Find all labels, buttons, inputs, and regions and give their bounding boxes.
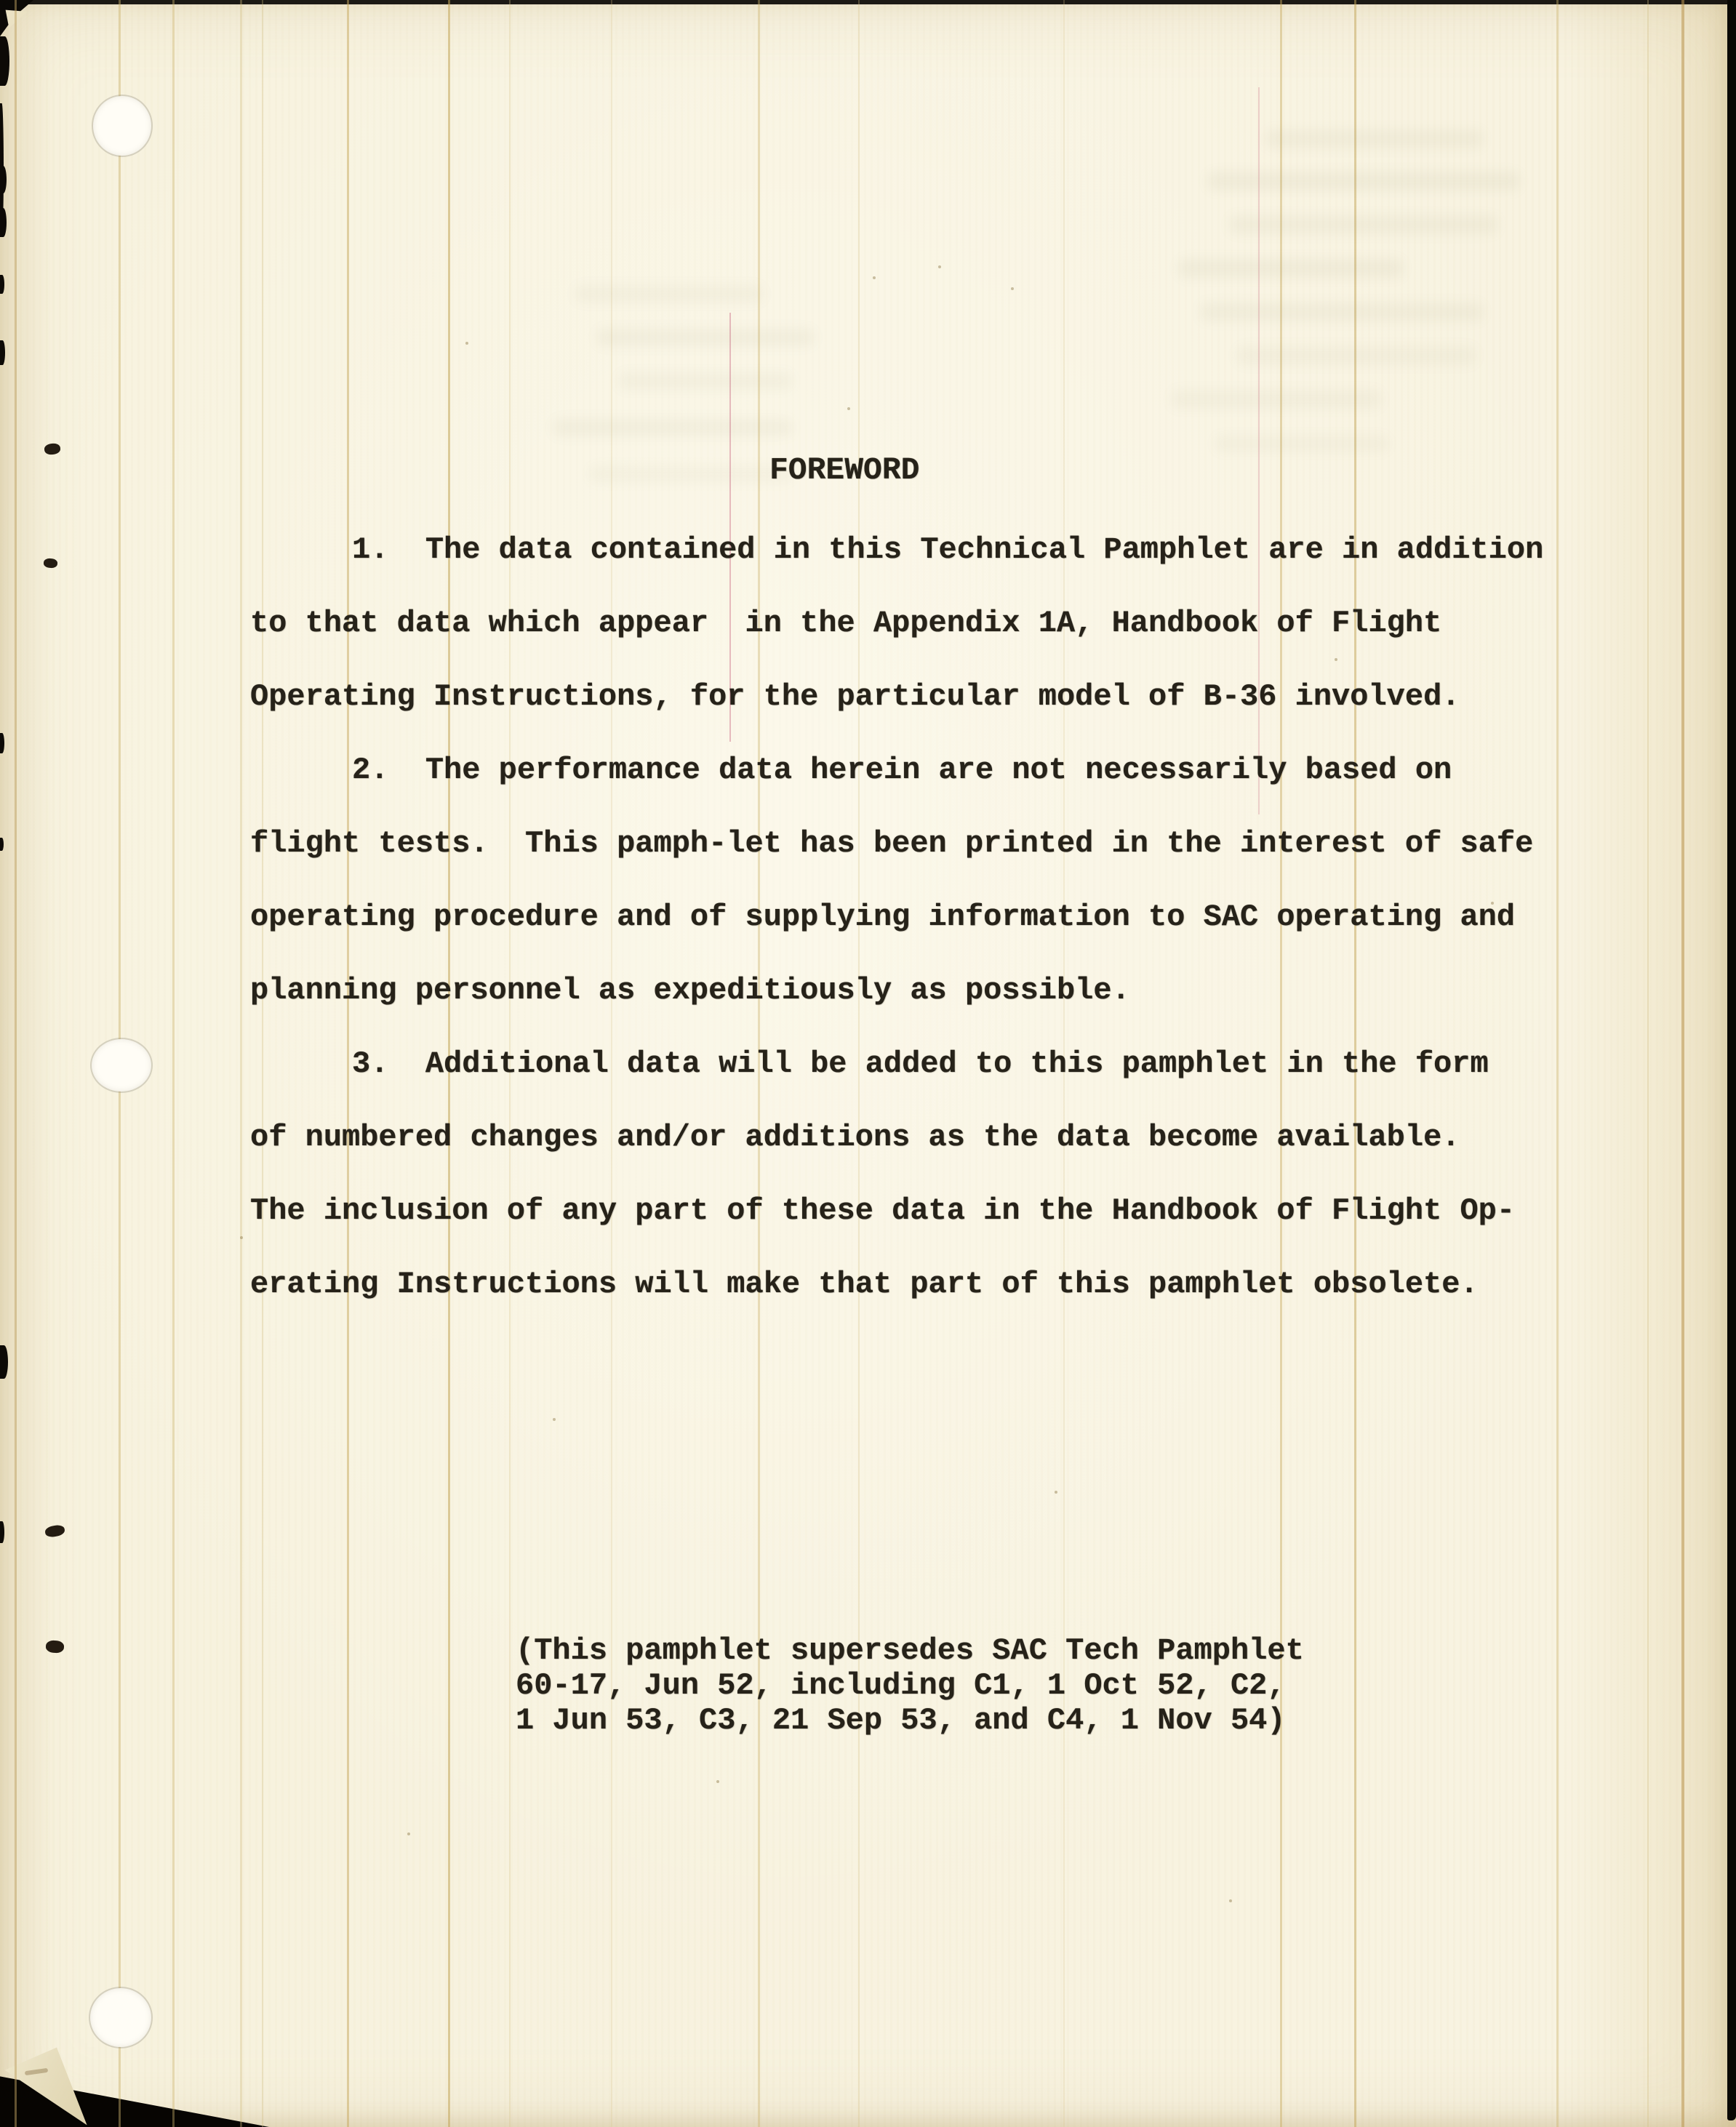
edge-mark xyxy=(0,208,7,237)
bleed-through-smudge xyxy=(1215,435,1389,452)
bleed-through-smudge xyxy=(1200,303,1484,321)
margin-mark xyxy=(46,1640,65,1653)
text-line: flight tests. This pamph-let has been pr… xyxy=(250,807,1543,881)
bleed-through-smudge xyxy=(575,285,764,303)
edge-mark xyxy=(0,166,7,193)
scan-right-edge xyxy=(1727,0,1736,2120)
crease-line xyxy=(240,0,242,2127)
supersedes-note: (This pamphlet supersedes SAC Tech Pamph… xyxy=(516,1633,1304,1738)
punch-hole-top xyxy=(93,96,151,156)
paper-speck xyxy=(1055,1491,1057,1494)
paper-speck xyxy=(553,1418,556,1421)
bleed-through-smudge xyxy=(553,419,793,436)
bleed-through-smudge xyxy=(618,372,793,390)
page-title: FOREWORD xyxy=(769,452,919,489)
edge-mark xyxy=(0,275,4,294)
margin-mark xyxy=(44,443,60,455)
crease-line xyxy=(1681,0,1684,2127)
text-line: operating procedure and of supplying inf… xyxy=(250,881,1543,954)
text-line: 3. Additional data will be added to this… xyxy=(250,1028,1543,1101)
paragraph-3: 3. Additional data will be added to this… xyxy=(250,1028,1543,1321)
body-text: 1. The data contained in this Technical … xyxy=(250,513,1543,1321)
punch-hole-middle xyxy=(92,1039,151,1091)
paper-speck xyxy=(465,342,468,345)
document-page: FOREWORD 1. The data contained in this T… xyxy=(0,0,1736,2127)
bleed-through-smudge xyxy=(1171,390,1382,409)
edge-mark xyxy=(0,36,9,86)
margin-mark xyxy=(44,1524,65,1538)
text-line: 1. The data contained in this Technical … xyxy=(250,513,1543,587)
bleed-through-smudge xyxy=(1265,129,1484,148)
paragraph-2: 2. The performance data herein are not n… xyxy=(250,734,1543,1028)
edge-mark xyxy=(0,1521,4,1543)
paper-speck xyxy=(873,276,876,279)
edge-mark xyxy=(0,340,5,365)
crease-line xyxy=(1556,0,1559,2127)
scan-top-edge xyxy=(0,0,1736,4)
edge-mark xyxy=(0,733,4,753)
margin-mark xyxy=(44,558,58,568)
paper-speck xyxy=(240,1236,243,1239)
edge-mark xyxy=(0,1345,8,1379)
edge-mark xyxy=(0,838,4,851)
note-line: (This pamphlet supersedes SAC Tech Pamph… xyxy=(516,1633,1304,1668)
crease-line xyxy=(172,0,175,2127)
text-line: Operating Instructions, for the particul… xyxy=(250,660,1543,734)
paper-speck xyxy=(938,265,941,268)
paper-speck xyxy=(847,407,850,410)
text-line: planning personnel as expeditiously as p… xyxy=(250,954,1543,1028)
text-line: The inclusion of any part of these data … xyxy=(250,1174,1543,1248)
text-line: 2. The performance data herein are not n… xyxy=(250,734,1543,807)
paragraph-1: 1. The data contained in this Technical … xyxy=(250,513,1543,734)
bleed-through-smudge xyxy=(596,329,815,346)
bleed-through-smudge xyxy=(1178,259,1404,278)
text-line: erating Instructions will make that part… xyxy=(250,1248,1543,1321)
note-line: 1 Jun 53, C3, 21 Sep 53, and C4, 1 Nov 5… xyxy=(516,1703,1304,1738)
crease-line xyxy=(15,0,17,2127)
text-line: to that data which appear in the Appendi… xyxy=(250,587,1543,660)
bleed-through-smudge xyxy=(1236,346,1476,365)
bleed-through-smudge xyxy=(1229,215,1498,234)
bleed-through-smudge xyxy=(1207,172,1520,191)
paper-speck xyxy=(407,1832,410,1835)
crease-line xyxy=(1647,0,1649,2127)
punch-hole-bottom xyxy=(90,1988,151,2047)
paper-speck xyxy=(1229,1899,1232,1902)
note-line: 60-17, Jun 52, including C1, 1 Oct 52, C… xyxy=(516,1668,1304,1703)
paper-speck xyxy=(1011,287,1014,290)
paper-speck xyxy=(716,1780,719,1783)
bleed-through-smudge xyxy=(589,465,793,483)
text-line: of numbered changes and/or additions as … xyxy=(250,1101,1543,1174)
